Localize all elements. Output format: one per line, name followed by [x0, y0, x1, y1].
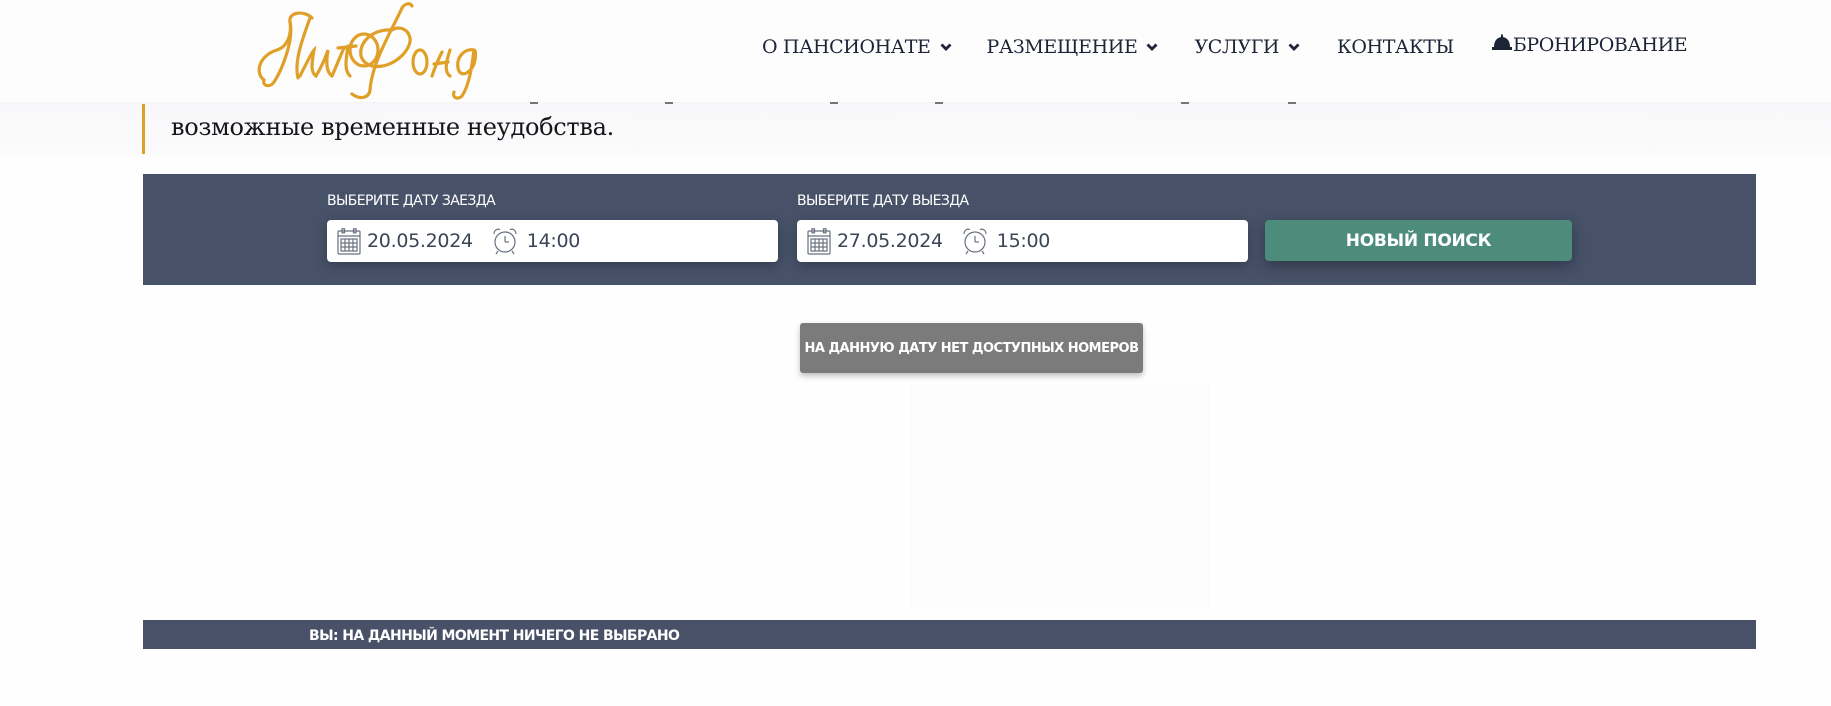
notice-clipped-text: [530, 102, 538, 104]
site-logo[interactable]: [252, 0, 484, 104]
notice-clipped-text: [1181, 102, 1189, 104]
notice-clipped-text: [830, 102, 838, 104]
checkin-field[interactable]: 20.05.2024 14:00: [327, 220, 778, 262]
site-header: О ПАНСИОНАТЕ РАЗМЕЩЕНИЕ УСЛУГИ КОНТАКТЫ …: [0, 0, 1831, 102]
notice-clipped-text: [1288, 102, 1296, 104]
nav-item-label: РАЗМЕЩЕНИЕ: [987, 36, 1138, 58]
notice-clipped-text: [665, 102, 673, 104]
nav-item-about[interactable]: О ПАНСИОНАТЕ: [762, 36, 952, 58]
no-rooms-message: НА ДАННУЮ ДАТУ НЕТ ДОСТУПНЫХ НОМЕРОВ: [800, 323, 1143, 373]
checkin-label: ВЫБЕРИТЕ ДАТУ ЗАЕЗДА: [327, 193, 495, 209]
concierge-bell-icon: [1492, 34, 1512, 50]
calendar-icon: [337, 228, 361, 255]
notice-clipped-text: [935, 102, 943, 104]
nav-item-booking[interactable]: БРОНИРОВАНИЕ: [1492, 34, 1687, 56]
nav-item-label: КОНТАКТЫ: [1337, 36, 1454, 58]
nav-item-label: БРОНИРОВАНИЕ: [1513, 34, 1687, 56]
nav-item-label: УСЛУГИ: [1194, 36, 1279, 58]
checkin-date: 20.05.2024: [367, 230, 473, 252]
nav-item-label: О ПАНСИОНАТЕ: [762, 36, 931, 58]
calendar-icon: [807, 228, 831, 255]
nav-item-contacts[interactable]: КОНТАКТЫ: [1337, 36, 1454, 58]
checkout-time: 15:00: [997, 230, 1050, 252]
new-search-button[interactable]: НОВЫЙ ПОИСК: [1265, 220, 1572, 261]
nav-item-accommodation[interactable]: РАЗМЕЩЕНИЕ: [987, 36, 1159, 58]
checkin-time: 14:00: [527, 230, 580, 252]
chevron-down-icon: [1288, 42, 1300, 52]
alarm-clock-icon: [961, 227, 989, 255]
notice-accent-bar: [142, 104, 145, 154]
notice-text: возможные временные неудобства.: [171, 113, 614, 141]
chevron-down-icon: [940, 42, 952, 52]
results-area: [910, 384, 1210, 609]
logo-icon: [252, 0, 484, 104]
checkout-field[interactable]: 27.05.2024 15:00: [797, 220, 1248, 262]
main-nav: О ПАНСИОНАТЕ РАЗМЕЩЕНИЕ УСЛУГИ КОНТАКТЫ …: [762, 32, 1687, 62]
alarm-clock-icon: [491, 227, 519, 255]
selection-summary-text: ВЫ: НА ДАННЫЙ МОМЕНТ НИЧЕГО НЕ ВЫБРАНО: [309, 628, 679, 644]
checkout-label: ВЫБЕРИТЕ ДАТУ ВЫЕЗДА: [797, 193, 969, 209]
checkout-date: 27.05.2024: [837, 230, 943, 252]
chevron-down-icon: [1146, 42, 1158, 52]
nav-item-services[interactable]: УСЛУГИ: [1194, 36, 1300, 58]
